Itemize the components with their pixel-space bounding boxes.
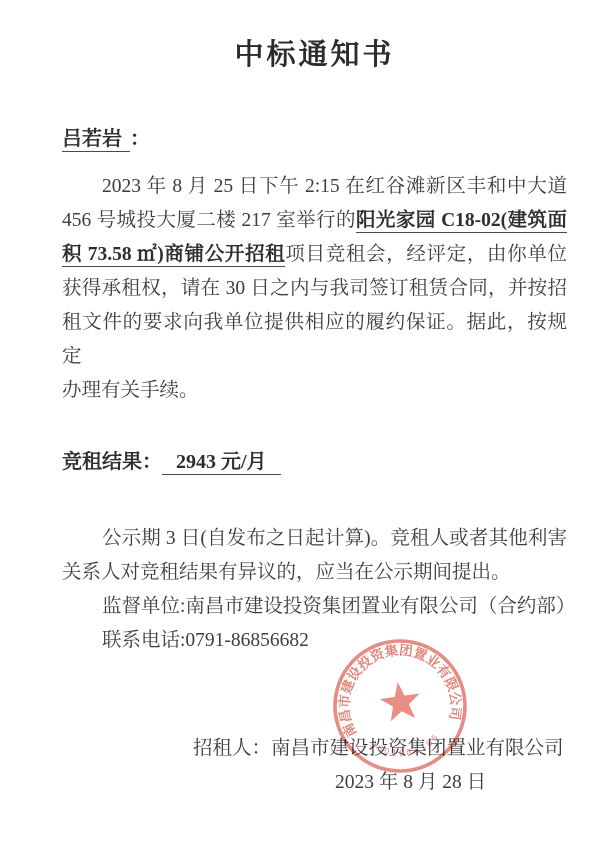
- paragraph-line: 456 号城投大厦二楼 217 室举行的阳光家园 C18-02(建筑面: [62, 204, 567, 238]
- bid-result-label: 竞租结果：: [62, 451, 162, 473]
- body-paragraph-main: 2023 年 8 月 25 日下午 2:15 在红谷滩新区丰和中大道 456 号…: [62, 170, 567, 408]
- text-run: 456 号城投大厦二楼 217 室举行的: [62, 210, 356, 231]
- paragraph-line: 租文件的要求向我单位提供相应的履约保证。据此，按规定: [62, 306, 567, 374]
- paragraph-line: 办理有关手续。: [62, 374, 567, 408]
- text-run: 项目竞租会，经评定，由你单位: [285, 244, 567, 265]
- addressee-colon: ：: [130, 128, 150, 150]
- paragraph-line: 公示期 3 日(自发布之日起计算)。竞租人或者其他利害: [62, 522, 567, 556]
- signature-block: 招租人：南昌市建设投资集团置业有限公司 2023 年 8 月 28 日: [62, 732, 567, 800]
- lessor-line: 招租人：南昌市建设投资集团置业有限公司: [62, 732, 567, 766]
- paragraph-line: 2023 年 8 月 25 日下午 2:15 在红谷滩新区丰和中大道: [62, 170, 567, 204]
- paragraph-line: 关系人对竞租结果有异议的，应当在公示期间提出。: [62, 556, 567, 590]
- text-run-bold-underline: 阳光家园 C18-02(建筑面: [356, 210, 567, 233]
- paragraph-line: 获得承租权，请在 30 日之内与我司签订租赁合同，并按招: [62, 272, 567, 306]
- addressee-name: 吕若岩: [62, 128, 130, 152]
- addressee-line: 吕若岩：: [62, 125, 567, 153]
- body-paragraph-publicity: 公示期 3 日(自发布之日起计算)。竞租人或者其他利害 关系人对竞租结果有异议的…: [62, 522, 567, 658]
- text-run-bold-underline: 积 73.58 ㎡)商铺公开招租: [62, 244, 285, 267]
- paragraph-line: 积 73.58 ㎡)商铺公开招租项目竞租会，经评定，由你单位: [62, 238, 567, 272]
- bid-result-value: 2943 元/月: [162, 451, 281, 475]
- supervisor-line: 监督单位:南昌市建设投资集团置业有限公司（合约部）: [62, 590, 567, 624]
- document-page: 中标通知书 吕若岩： 2023 年 8 月 25 日下午 2:15 在红谷滩新区…: [0, 0, 594, 865]
- bid-result-line: 竞租结果：2943 元/月: [62, 445, 567, 479]
- text-run: 2023 年 8 月 25 日下午 2:15 在红谷滩新区丰和中大道: [102, 176, 567, 197]
- phone-line: 联系电话:0791-86856682: [62, 624, 567, 658]
- date-line: 2023 年 8 月 28 日: [62, 766, 567, 800]
- document-title: 中标通知书: [62, 38, 567, 72]
- seal-star-icon: [378, 679, 423, 722]
